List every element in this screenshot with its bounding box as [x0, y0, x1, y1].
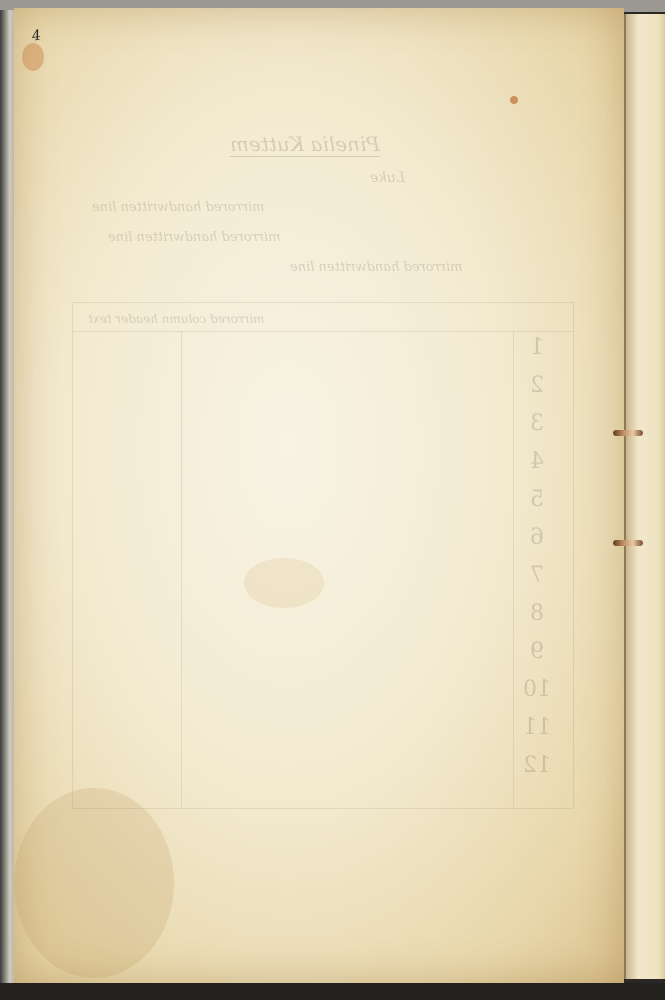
row-number: 8 — [512, 601, 562, 639]
bleed-through-table — [72, 302, 574, 809]
row-number: 5 — [512, 487, 562, 525]
row-number: 4 — [512, 449, 562, 487]
row-number: 1 — [512, 335, 562, 373]
row-number: 10 — [512, 677, 562, 715]
binding-thread-icon — [613, 430, 643, 436]
stain — [22, 43, 44, 71]
adjacent-page-edge — [624, 14, 665, 979]
background-table-surface — [0, 983, 665, 1000]
stain — [510, 96, 518, 104]
row-number: 7 — [512, 563, 562, 601]
row-number: 3 — [512, 411, 562, 449]
table-column-line — [181, 331, 182, 808]
stain — [14, 788, 174, 978]
row-number: 12 — [512, 753, 562, 791]
row-number: 9 — [512, 639, 562, 677]
bleed-through-line: mirrored handwritten line — [92, 200, 264, 215]
bleed-through-heading: Pinelia Kuttem — [230, 132, 380, 157]
row-number: 2 — [512, 373, 562, 411]
bleed-through-line: mirrored handwritten line — [290, 260, 462, 275]
binding-thread-icon — [613, 540, 643, 546]
row-number: 11 — [512, 715, 562, 753]
bleed-through-table-header: mirrored column header text — [88, 312, 265, 326]
bleed-through-line: mirrored handwritten line — [108, 230, 280, 245]
row-number: 6 — [512, 525, 562, 563]
bleed-through-subheading: Luke — [370, 170, 405, 186]
bleed-through-row-numbers: 1 2 3 4 5 6 7 8 9 10 11 12 — [512, 335, 562, 791]
